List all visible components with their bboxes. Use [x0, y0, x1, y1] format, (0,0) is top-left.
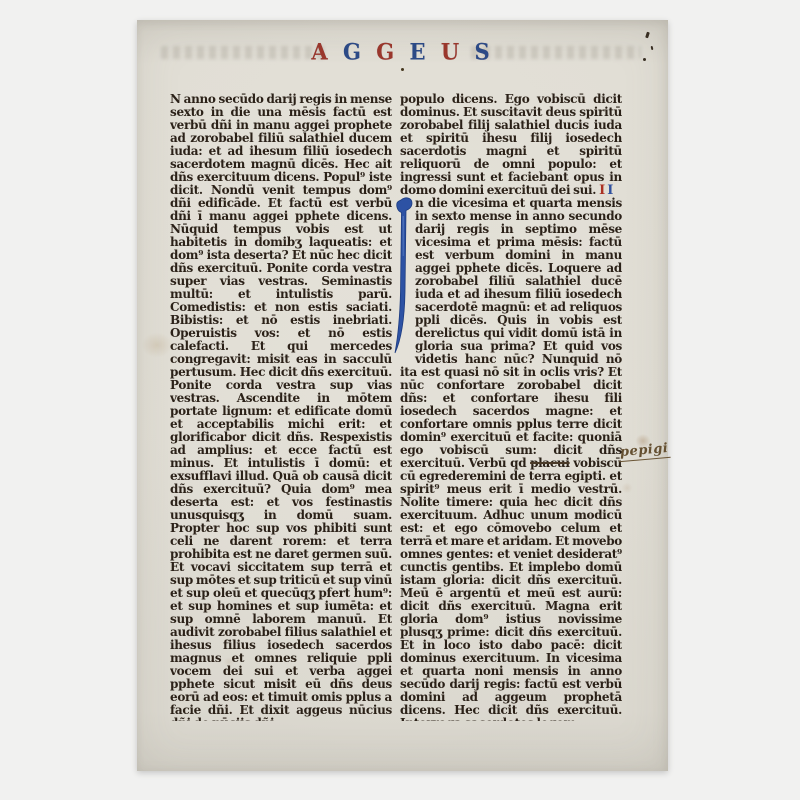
initial-I-glyph: [393, 196, 415, 356]
chapter2-text-after-correction: vobiscū cū egrederemini de terra egipti.…: [400, 456, 622, 721]
bible-leaf-page: A G G E U S N anno secūdo darij regis in…: [137, 20, 668, 771]
running-title-letter: A: [311, 39, 331, 64]
chapter1-end-text: populo dicens. Ego vobiscū dicit dominus…: [400, 93, 622, 197]
marginal-correction-pepigi: pepigi: [617, 441, 671, 463]
ink-speck: [643, 58, 646, 61]
photo-backdrop: A G G E U S N anno secūdo darij regis in…: [0, 0, 800, 800]
ink-speck: [645, 32, 650, 39]
right-column-paragraph-2: n die vicesima et quarta mensis in sexto…: [400, 197, 622, 721]
running-title: A G G E U S: [137, 40, 668, 64]
ink-dot: [401, 68, 404, 71]
running-title-letter: G: [376, 39, 398, 64]
text-column-left: N anno secūdo darij regis in mense sexto…: [170, 93, 392, 721]
chapter2-text-before-correction: n die vicesima et quarta mensis in sexto…: [400, 196, 622, 470]
right-column-paragraph-1: populo dicens. Ego vobiscū dicit dominus…: [400, 93, 622, 197]
running-title-letter: U: [441, 39, 463, 64]
running-title-letter: E: [409, 39, 429, 64]
left-column-text: N anno secūdo darij regis in mense sexto…: [170, 93, 392, 721]
running-title-letter: S: [474, 39, 493, 64]
struck-word-placui: placui: [530, 456, 570, 470]
running-title-letter: G: [343, 39, 365, 64]
text-column-right: populo dicens. Ego vobiscū dicit dominus…: [400, 93, 622, 721]
illuminated-initial-I: [393, 196, 415, 356]
